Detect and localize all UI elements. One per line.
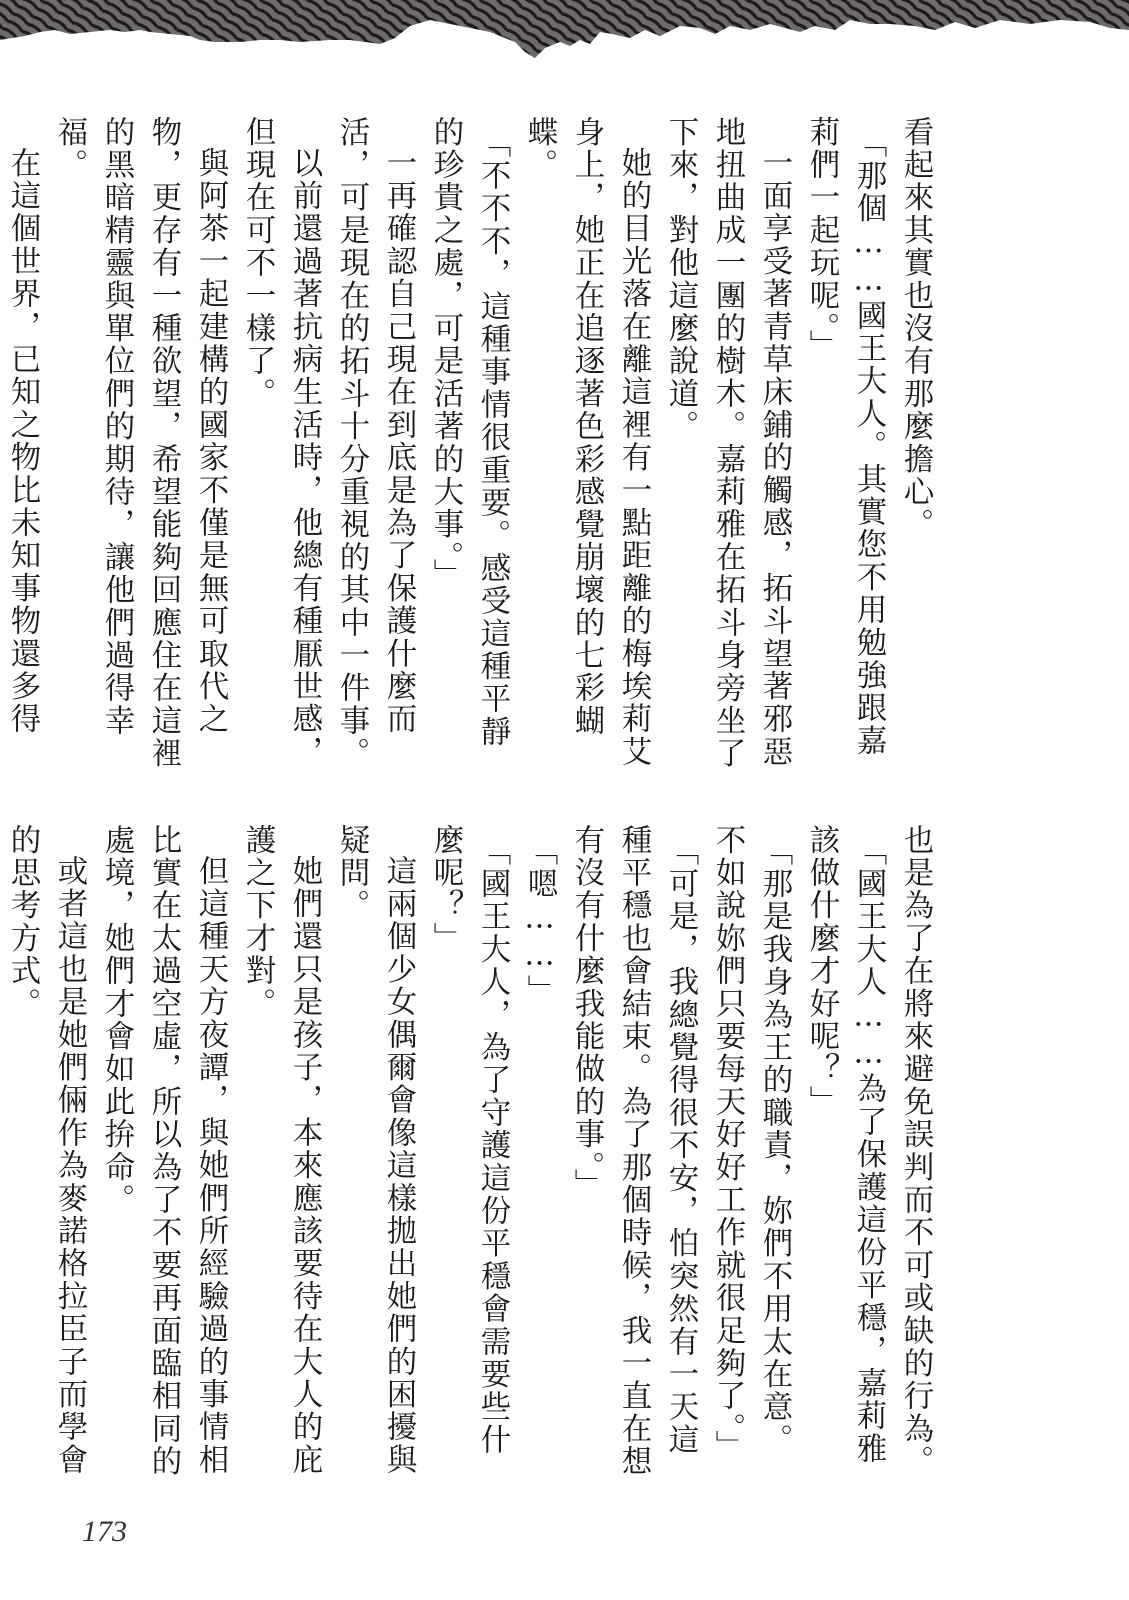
paragraph: 她們還只是孩子，本來應該要待在大人的庇護之下才對。 bbox=[234, 824, 328, 1484]
paragraph: 但這種天方夜譚，與她們所經驗過的事情相比實在太過空虛，所以為了不要再面臨相同的處… bbox=[93, 824, 234, 1484]
dialogue-paragraph: 「不不不，這種事情很重要。感受這種平靜的珍貴之處，可是活著的大事。」 bbox=[422, 116, 516, 776]
dialogue-paragraph: 「可是，我總覺得很不安，怕突然有一天這種平穩也會結束。為了那個時候，我一直在想有… bbox=[563, 824, 704, 1484]
dialogue-paragraph: 「嗯……」 bbox=[516, 824, 563, 1484]
paragraph: 也是為了在將來避免誤判而不可或缺的行為。 bbox=[892, 824, 939, 1484]
upper-text-tier: 看起來其實也沒有那麼擔心。 「那個……國王大人。其實您不用勉強跟嘉莉們一起玩呢。… bbox=[179, 116, 939, 776]
paragraph: 與阿茶一起建構的國家不僅是無可取代之物，更存有一種欲望，希望能夠回應住在這裡的黑… bbox=[46, 116, 234, 776]
dialogue-paragraph: 「那是我身為王的職責，妳們不用太在意。不如說妳們只要每天好好工作就很足夠了。」 bbox=[704, 824, 798, 1484]
dialogue-paragraph: 「那個……國王大人。其實您不用勉強跟嘉莉們一起玩呢。」 bbox=[798, 116, 892, 776]
torn-fingerprint-header bbox=[0, 0, 1129, 62]
dialogue-paragraph: 「國王大人，為了守護這份平穩會需要些什麼呢？」 bbox=[422, 824, 516, 1484]
paragraph: 在這個世界，已知之物比未知事物還多得多。在無法像遊戲一樣重來的狀況下，持續確認自… bbox=[0, 116, 46, 776]
paragraph: 以前還過著抗病生活時，他總有種厭世感，但現在可不一樣了。 bbox=[234, 116, 328, 776]
paragraph: 一面享受著青草床鋪的觸感，拓斗望著邪惡地扭曲成一團的樹木。嘉莉雅在拓斗身旁坐了下… bbox=[657, 116, 798, 776]
paragraph: 一再確認自己現在到底是為了保護什麼而活，可是現在的拓斗十分重視的其中一件事。 bbox=[328, 116, 422, 776]
dialogue-paragraph: 「國王大人……為了保護這份平穩，嘉莉雅該做什麼才好呢？」 bbox=[798, 824, 892, 1484]
lower-text-tier: 也是為了在將來避免誤判而不可或缺的行為。 「國王大人……為了保護這份平穩，嘉莉雅… bbox=[179, 824, 939, 1484]
paragraph: 她的目光落在離這裡有一點距離的梅埃莉艾身上，她正在追逐著色彩感覺崩壞的七彩蝴蝶。 bbox=[516, 116, 657, 776]
paragraph: 這兩個少女偶爾會像這樣拋出她們的困擾與疑問。 bbox=[328, 824, 422, 1484]
fingerprint-texture-icon bbox=[0, 0, 1129, 62]
paragraph: 看起來其實也沒有那麼擔心。 bbox=[892, 116, 939, 776]
paragraph: 或者這也是她們倆作為麥諾格拉臣子而學會的思考方式。 bbox=[0, 824, 93, 1484]
page-number: 173 bbox=[82, 1515, 127, 1549]
